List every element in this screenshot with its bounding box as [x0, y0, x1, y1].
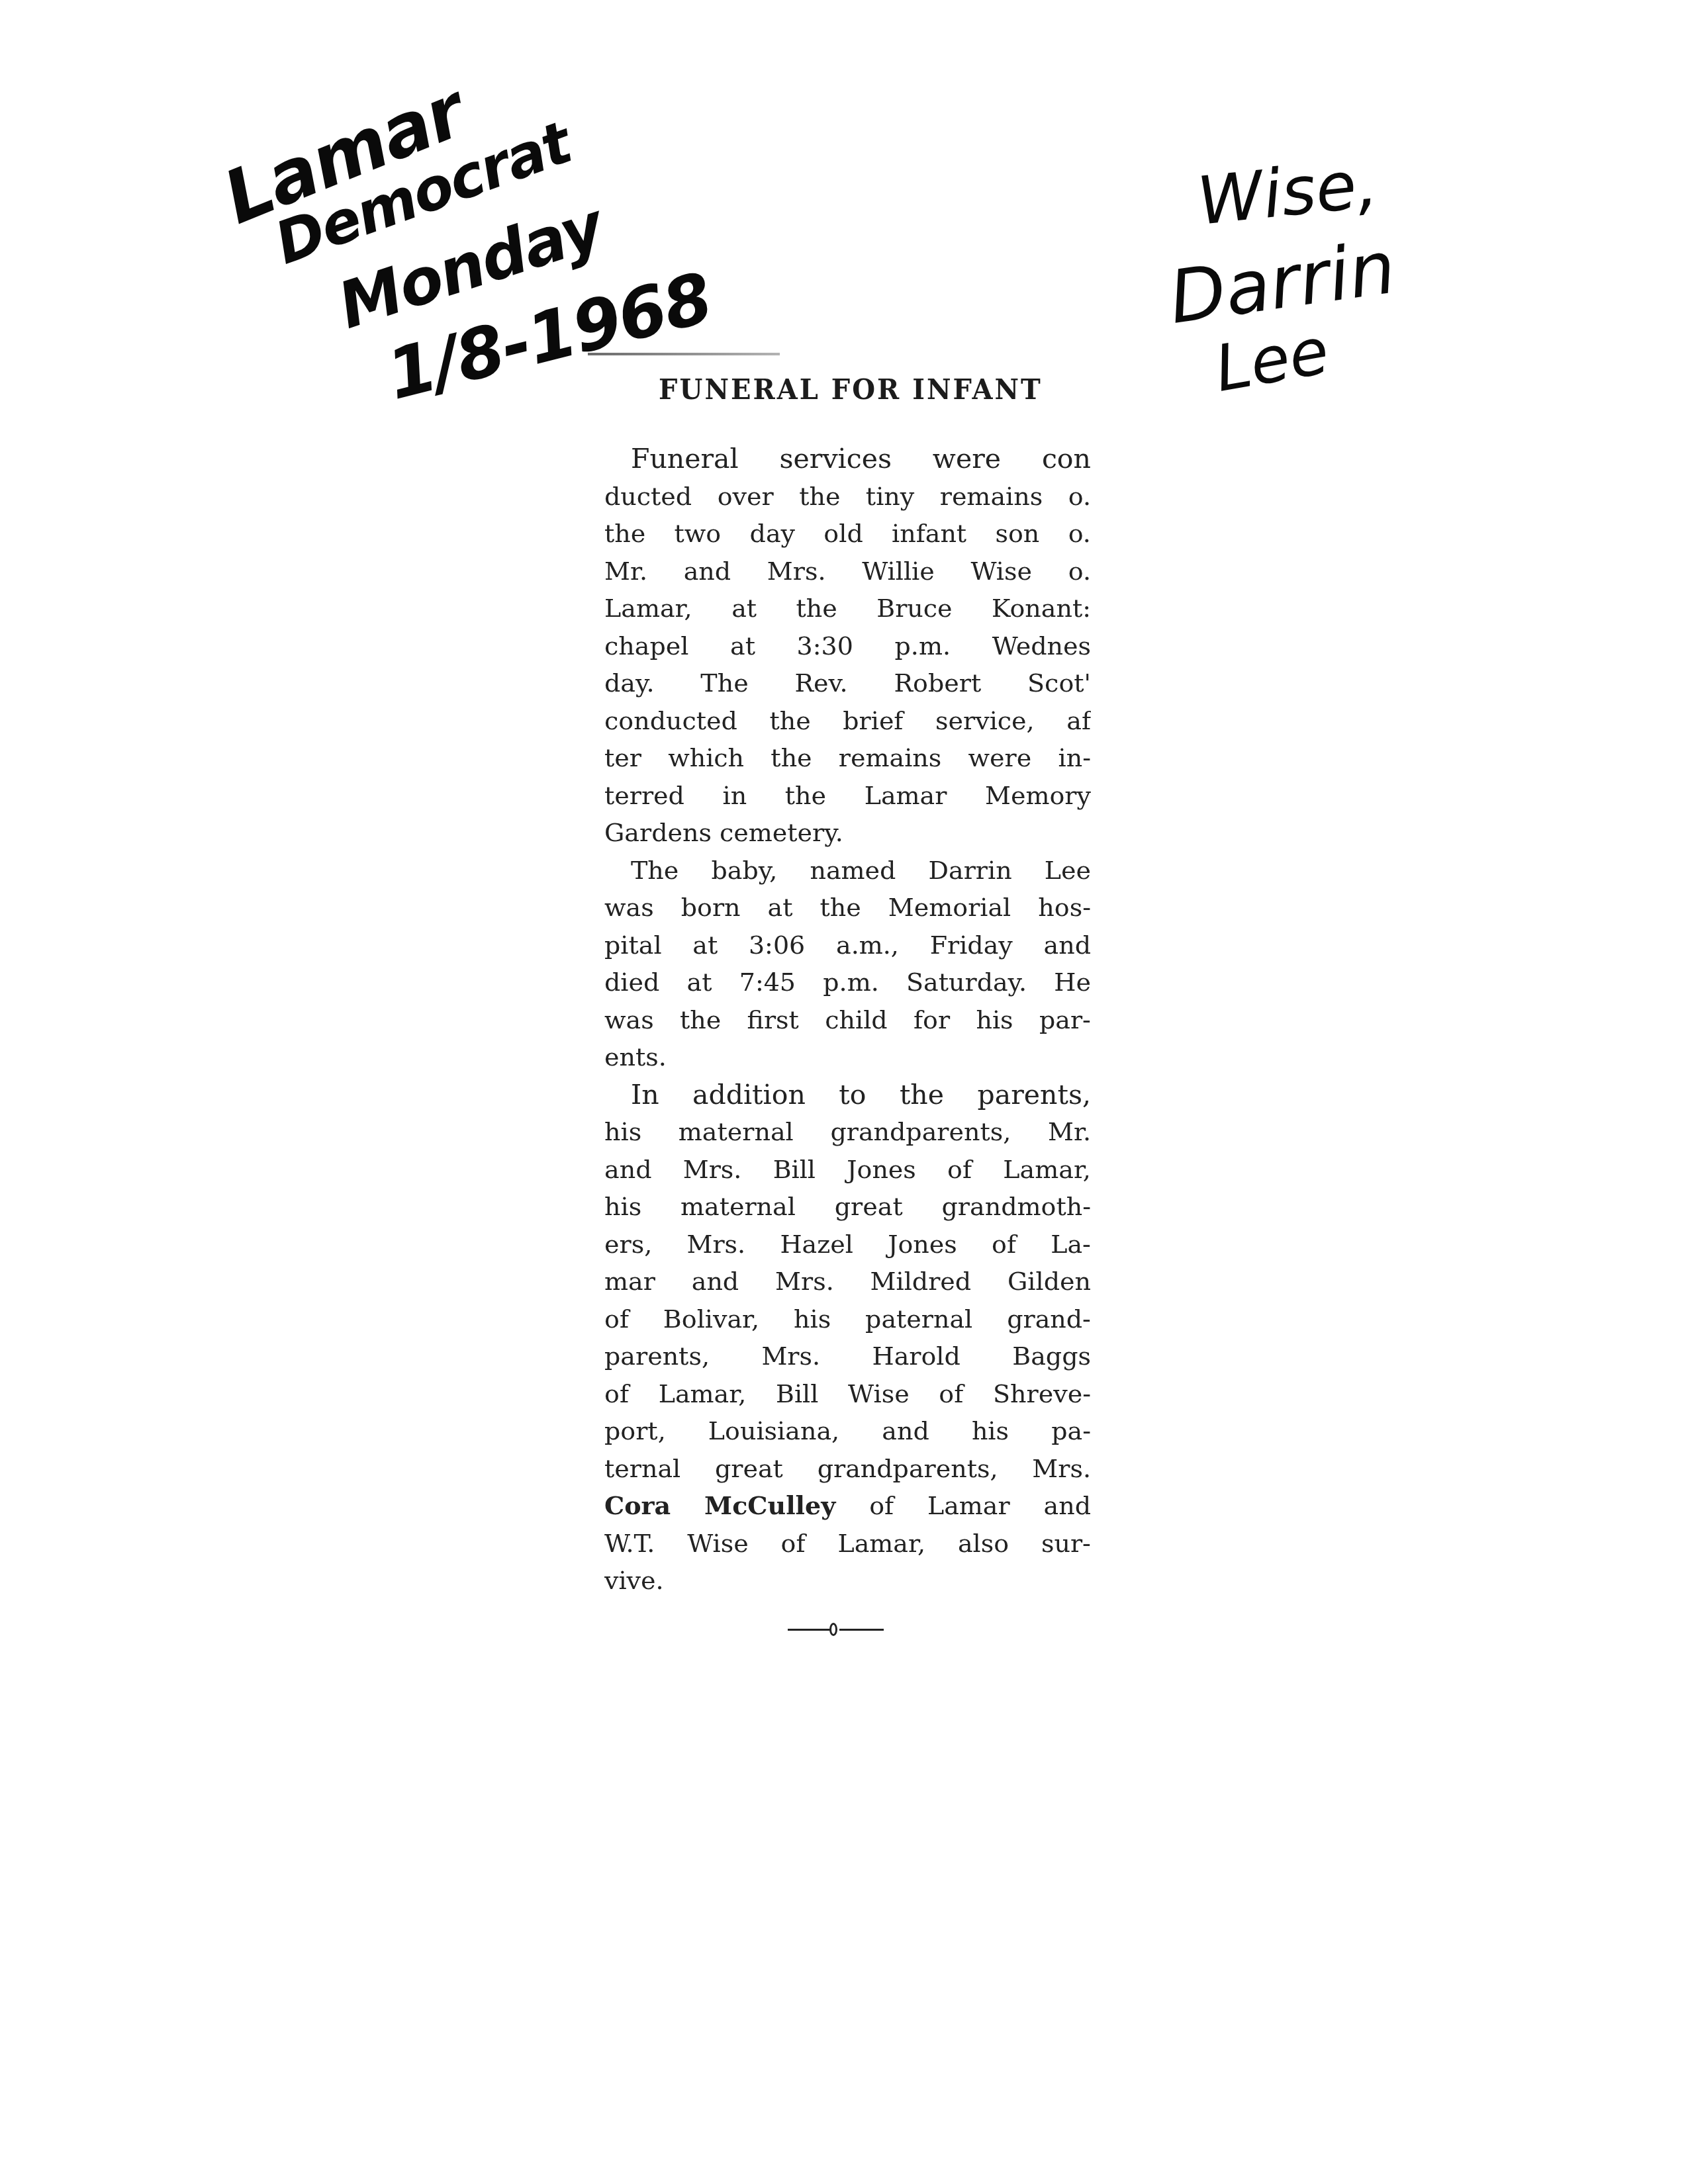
article-line: day.TheRev.RobertScot': [604, 664, 1091, 702]
article-word: Gilden: [1008, 1263, 1091, 1300]
article-line: thetwodayoldinfantsono.: [604, 515, 1091, 553]
divider-rule-right: [839, 1629, 884, 1631]
article-word: Funeral: [631, 440, 739, 478]
article-word: parents,: [604, 1338, 710, 1375]
article-word: the: [771, 739, 812, 777]
article-word: ents.: [604, 1038, 667, 1076]
article-word: The: [700, 664, 748, 702]
article-word: Lamar,: [659, 1375, 747, 1413]
handwritten-subject-note: Wise, Darrin Lee: [1149, 162, 1413, 414]
article-word: Rev.: [794, 664, 847, 702]
article-word: La-: [1051, 1226, 1091, 1263]
article-word: a.m.,: [836, 927, 899, 964]
article-word: Bruce: [876, 590, 952, 627]
article-word: of: [604, 1375, 629, 1413]
article-word: pa-: [1051, 1412, 1091, 1450]
article-word: ternal: [604, 1450, 680, 1488]
article-word: maternal: [680, 1188, 796, 1226]
article-word: Mrs.: [683, 1151, 742, 1189]
article-word: the: [785, 777, 826, 815]
article-word: o.: [1068, 478, 1091, 516]
scanned-page: Lamar Democrat Monday 1/8-1968 Wise, Dar…: [0, 0, 1688, 2184]
article-word: remains: [839, 739, 941, 777]
article-word: and: [604, 1151, 651, 1189]
article-word: Bill: [773, 1151, 816, 1189]
handwritten-first-name: Darrin: [1165, 230, 1400, 334]
article-word: maternal: [679, 1113, 794, 1151]
article-word: over: [718, 478, 774, 516]
article-word: at: [768, 889, 793, 927]
article-word: Memorial: [888, 889, 1011, 927]
handwritten-source-note: Lamar Democrat Monday 1/8-1968: [232, 149, 629, 414]
article-line: hismaternalgrandparents,Mr.: [604, 1113, 1091, 1151]
article-word: were: [968, 739, 1032, 777]
article-word: Lamar: [927, 1487, 1010, 1525]
article-word: at: [730, 627, 755, 665]
article-line: vive.: [604, 1562, 1091, 1600]
article-word: ducted: [604, 478, 692, 516]
article-word: the: [796, 590, 837, 627]
article-line: pitalat3:06a.m.,Fridayand: [604, 927, 1091, 964]
newspaper-clipping: FUNERAL FOR INFANT Funeralserviceswereco…: [599, 357, 1102, 1648]
article-word: also: [958, 1525, 1009, 1563]
article-word: Mr.: [1048, 1113, 1091, 1151]
article-word: his: [604, 1113, 641, 1151]
article-word: par-: [1039, 1001, 1091, 1039]
article-word: Wise: [687, 1525, 749, 1563]
article-word: port,: [604, 1412, 666, 1450]
article-word: born: [681, 889, 741, 927]
article-word: Saturday.: [906, 964, 1027, 1001]
article-word: baby,: [711, 852, 777, 889]
article-line: ofLamar,BillWiseofShreve-: [604, 1375, 1091, 1413]
article-word: Bolivar,: [663, 1300, 759, 1338]
article-word: Robert: [894, 664, 981, 702]
article-line: CoraMcCulleyofLamarand: [604, 1487, 1091, 1525]
article-line: marandMrs.MildredGilden: [604, 1263, 1091, 1300]
article-word: great: [715, 1450, 783, 1488]
article-word: and: [1044, 927, 1091, 964]
article-word: vive.: [604, 1562, 664, 1600]
article-word: grandparents,: [818, 1450, 998, 1488]
article-word: great: [835, 1188, 903, 1226]
article-word: o.: [1068, 553, 1091, 590]
article-word: the: [680, 1001, 721, 1039]
article-word: his: [794, 1300, 831, 1338]
article-line: Mr.andMrs.WillieWiseo.: [604, 553, 1091, 590]
article-word: parents,: [977, 1076, 1091, 1114]
article-word: were: [933, 440, 1001, 478]
article-word: Shreve-: [993, 1375, 1091, 1413]
article-word: He: [1054, 964, 1091, 1001]
article-word: old: [823, 515, 863, 553]
article-word: chapel: [604, 627, 688, 665]
divider-rule-left: [788, 1629, 831, 1631]
article-word: was: [604, 1001, 654, 1039]
article-word: Bill: [776, 1375, 818, 1413]
article-word: Wednes: [992, 627, 1091, 665]
article-line: ductedoverthetinyremainso.: [604, 478, 1091, 516]
article-line: ents.: [604, 1038, 1091, 1076]
article-word: Darrin: [929, 852, 1012, 889]
article-line: andMrs.BillJonesofLamar,: [604, 1151, 1091, 1189]
article-line: ers,Mrs.HazelJonesofLa-: [604, 1226, 1091, 1263]
end-of-article-divider: [788, 1623, 884, 1637]
article-word: Konant:: [992, 590, 1091, 627]
article-word: his: [972, 1412, 1009, 1450]
article-word: two: [675, 515, 722, 553]
article-word: in: [723, 777, 747, 815]
article-word: Lee: [1045, 852, 1091, 889]
article-word: W.T.: [604, 1525, 655, 1563]
article-word: the: [769, 702, 810, 740]
article-word: Lamar: [865, 777, 947, 815]
article-word: 3:06: [749, 927, 805, 964]
article-word: con: [1042, 440, 1091, 478]
article-word: mar: [604, 1263, 655, 1300]
article-line: Inadditiontotheparents,: [604, 1076, 1091, 1114]
article-word: Hazel: [780, 1226, 853, 1263]
article-line: conductedthebriefservice,af: [604, 702, 1091, 740]
article-word: pital: [604, 927, 662, 964]
article-word: The: [631, 852, 679, 889]
article-word: service,: [935, 702, 1035, 740]
article-line: W.T.WiseofLamar,alsosur-: [604, 1525, 1091, 1563]
article-word: grand-: [1007, 1300, 1091, 1338]
article-word: the: [799, 478, 840, 516]
article-word: Jones: [888, 1226, 957, 1263]
article-word: for: [914, 1001, 950, 1039]
article-word: ter: [604, 739, 641, 777]
article-word: child: [825, 1001, 887, 1039]
article-word: day.: [604, 664, 654, 702]
article-word: brief: [843, 702, 903, 740]
article-word: Memory: [985, 777, 1091, 815]
article-line: Lamar,attheBruceKonant:: [604, 590, 1091, 627]
article-word: grandmoth-: [942, 1188, 1091, 1226]
article-word: named: [810, 852, 896, 889]
article-word: cemetery.: [720, 814, 843, 852]
article-word: at: [731, 590, 757, 627]
article-word: In: [631, 1076, 659, 1114]
article-word: of: [869, 1487, 894, 1525]
article-word: Mildred: [870, 1263, 972, 1300]
article-word: hos-: [1038, 889, 1091, 927]
article-word: of: [604, 1300, 629, 1338]
article-headline: FUNERAL FOR INFANT: [619, 373, 1082, 406]
article-word: Lamar,: [604, 590, 692, 627]
article-word: Mrs.: [767, 553, 826, 590]
article-word: of: [781, 1525, 806, 1563]
article-line: wasthefirstchildforhispar-: [604, 1001, 1091, 1039]
article-word: of: [939, 1375, 963, 1413]
article-word: grandparents,: [830, 1113, 1011, 1151]
article-word: o.: [1068, 515, 1091, 553]
article-word: the: [900, 1076, 944, 1114]
article-word: 3:30: [797, 627, 853, 665]
article-word: first: [747, 1001, 799, 1039]
article-word: and: [882, 1412, 929, 1450]
article-word: and: [1044, 1487, 1091, 1525]
article-word: in-: [1058, 739, 1091, 777]
clipping-top-rule: [588, 353, 780, 355]
article-word: to: [839, 1076, 866, 1114]
article-line: ofBolivar,hispaternalgrand-: [604, 1300, 1091, 1338]
handwritten-surname: Wise,: [1195, 150, 1381, 235]
article-line: chapelat3:30p.m.Wednes: [604, 627, 1091, 665]
article-word: af: [1066, 702, 1091, 740]
article-word: was: [604, 889, 654, 927]
article-word: the: [604, 515, 645, 553]
article-word: died: [604, 964, 659, 1001]
article-word: 7:45: [739, 964, 796, 1001]
article-word: Lamar,: [1003, 1151, 1091, 1189]
article-word: Louisiana,: [708, 1412, 839, 1450]
article-line: terredintheLamarMemory: [604, 777, 1091, 815]
article-word: ers,: [604, 1226, 652, 1263]
article-word: Harold: [872, 1338, 961, 1375]
article-word: at: [687, 964, 712, 1001]
article-word: Mrs.: [761, 1338, 820, 1375]
article-word: at: [692, 927, 718, 964]
article-word: addition: [692, 1076, 806, 1114]
article-line: parents,Mrs.HaroldBaggs: [604, 1338, 1091, 1375]
article-line: Gardens cemetery.: [604, 814, 1091, 852]
divider-ornament-icon: [829, 1623, 837, 1636]
article-word: his: [604, 1188, 641, 1226]
article-word: Cora: [604, 1487, 671, 1525]
article-line: hismaternalgreatgrandmoth-: [604, 1188, 1091, 1226]
article-word: tiny: [866, 478, 914, 516]
article-word: Mrs.: [1032, 1450, 1091, 1488]
article-word: son: [995, 515, 1039, 553]
article-line: diedat7:45p.m.Saturday.He: [604, 964, 1091, 1001]
article-word: Willie: [862, 553, 935, 590]
article-word: p.m.: [895, 627, 951, 665]
article-word: Wise: [970, 553, 1032, 590]
article-word: and: [684, 553, 731, 590]
article-word: and: [692, 1263, 739, 1300]
article-word: which: [668, 739, 744, 777]
article-word: sur-: [1041, 1525, 1091, 1563]
article-word: paternal: [865, 1300, 972, 1338]
article-word: of: [947, 1151, 972, 1189]
article-word: Wise: [848, 1375, 910, 1413]
article-line: ternalgreatgrandparents,Mrs.: [604, 1450, 1091, 1488]
article-word: Scot': [1027, 664, 1091, 702]
handwritten-middle-name: Lee: [1210, 319, 1333, 401]
article-word: terred: [604, 777, 684, 815]
article-word: McCulley: [704, 1487, 835, 1525]
article-word: conducted: [604, 702, 737, 740]
article-word: Friday: [930, 927, 1013, 964]
article-word: Gardens: [604, 814, 720, 852]
article-word: of: [992, 1226, 1016, 1263]
article-word: Lamar,: [837, 1525, 925, 1563]
article-word: remains: [940, 478, 1043, 516]
article-word: Mrs.: [775, 1263, 834, 1300]
article-word: infant: [892, 515, 966, 553]
article-word: the: [820, 889, 861, 927]
article-line: Thebaby,namedDarrinLee: [604, 852, 1091, 889]
article-word: p.m.: [823, 964, 879, 1001]
article-body: Funeralserviceswereconductedoverthetinyr…: [604, 440, 1091, 1600]
article-word: services: [780, 440, 892, 478]
article-word: Mr.: [604, 553, 647, 590]
article-line: Funeralserviceswerecon: [604, 440, 1091, 478]
article-word: Jones: [847, 1151, 916, 1189]
article-line: wasbornattheMemorialhos-: [604, 889, 1091, 927]
article-word: day: [750, 515, 795, 553]
article-line: terwhichtheremainswerein-: [604, 739, 1091, 777]
article-line: port,Louisiana,andhispa-: [604, 1412, 1091, 1450]
article-word: Mrs.: [687, 1226, 746, 1263]
article-word: Baggs: [1012, 1338, 1091, 1375]
article-word: his: [976, 1001, 1013, 1039]
